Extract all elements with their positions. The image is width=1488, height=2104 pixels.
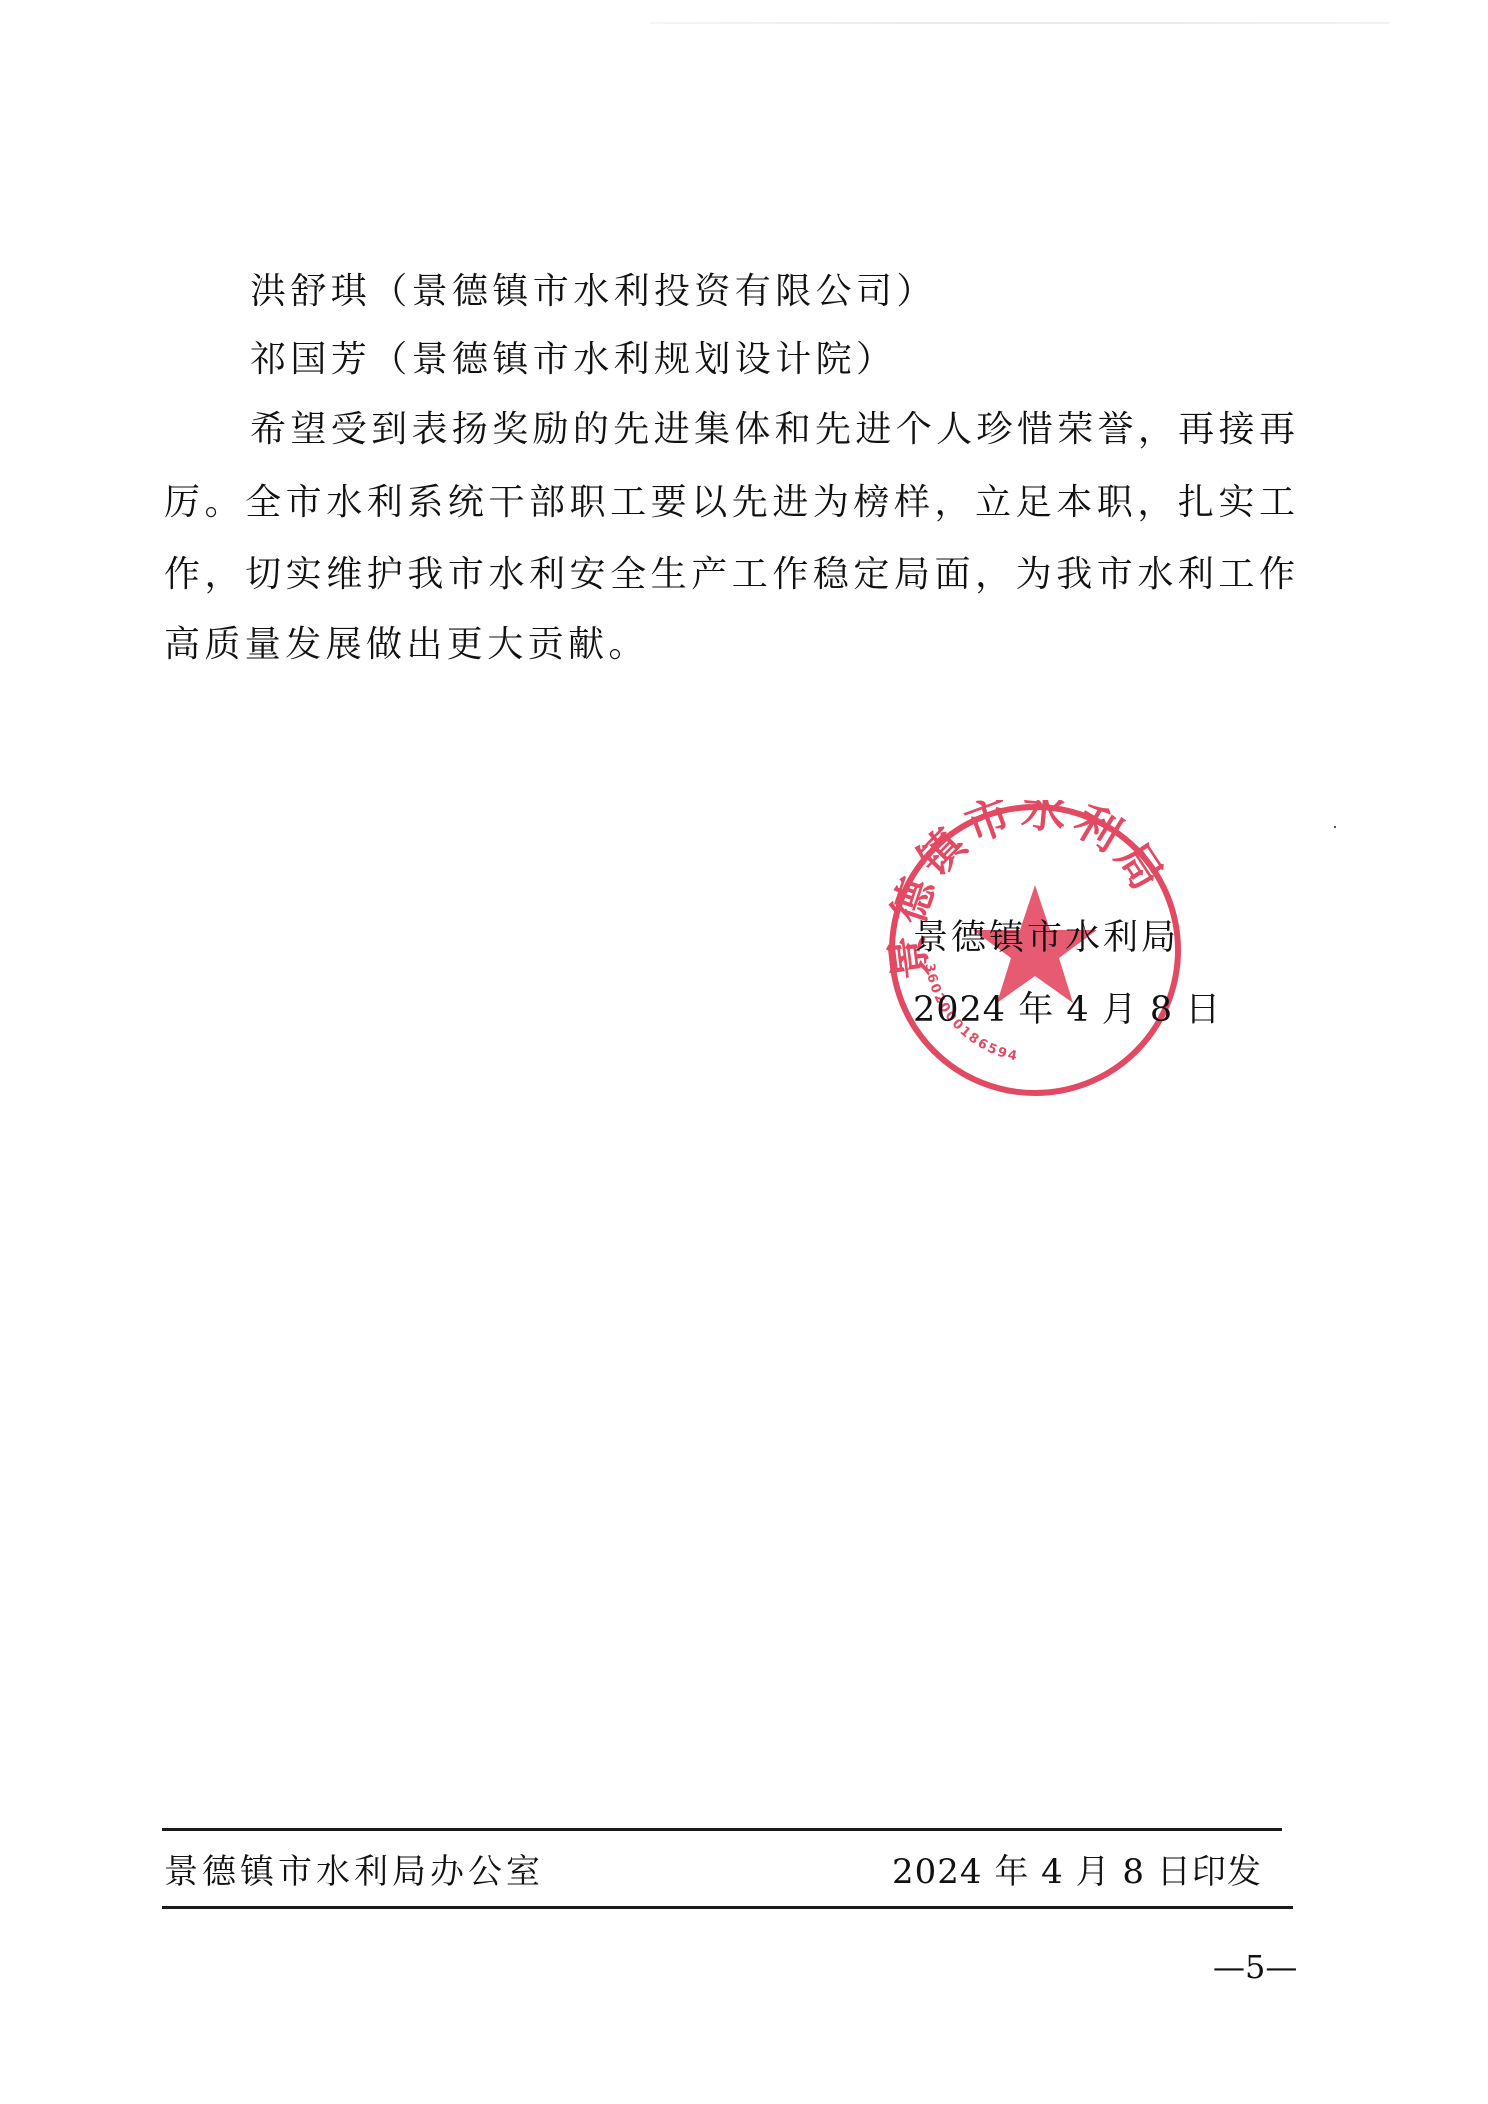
- scan-artifact-line: [650, 22, 1390, 24]
- page-number: —5—: [1213, 1947, 1297, 1987]
- scan-speck: [1334, 826, 1336, 828]
- footer-office: 景德镇市水利局办公室: [164, 1851, 544, 1893]
- signature-date: 2024 年 4 月 8 日: [913, 989, 1221, 1031]
- honoree-org: （景德镇市水利投资有限公司）: [371, 271, 937, 312]
- honoree-line-2: 祁国芳（景德镇市水利规划设计院）: [250, 338, 896, 382]
- honoree-line-1: 洪舒琪（景德镇市水利投资有限公司）: [250, 270, 937, 314]
- paragraph-line-3: 作，切实维护我市水利安全生产工作稳定局面，为我市水利工作: [164, 553, 1295, 597]
- paragraph-line-1: 希望受到表扬奖励的先进集体和先进个人珍惜荣誉，再接再: [250, 408, 1295, 452]
- paragraph-line-2: 厉。全市水利系统干部职工要以先进为榜样，立足本职，扎实工: [164, 481, 1295, 525]
- paragraph-line-4: 高质量发展做出更大贡献。: [164, 623, 649, 667]
- honoree-name: 祁国芳: [250, 339, 371, 380]
- honoree-org: （景德镇市水利规划设计院）: [371, 339, 896, 380]
- footer-bottom-rule: [162, 1906, 1293, 1909]
- footer-issue-date: 2024 年 4 月 8 日印发: [892, 1851, 1262, 1893]
- honoree-name: 洪舒琪: [250, 271, 371, 312]
- signature-issuer: 景德镇市水利局: [913, 917, 1179, 959]
- footer-top-rule: [162, 1828, 1282, 1831]
